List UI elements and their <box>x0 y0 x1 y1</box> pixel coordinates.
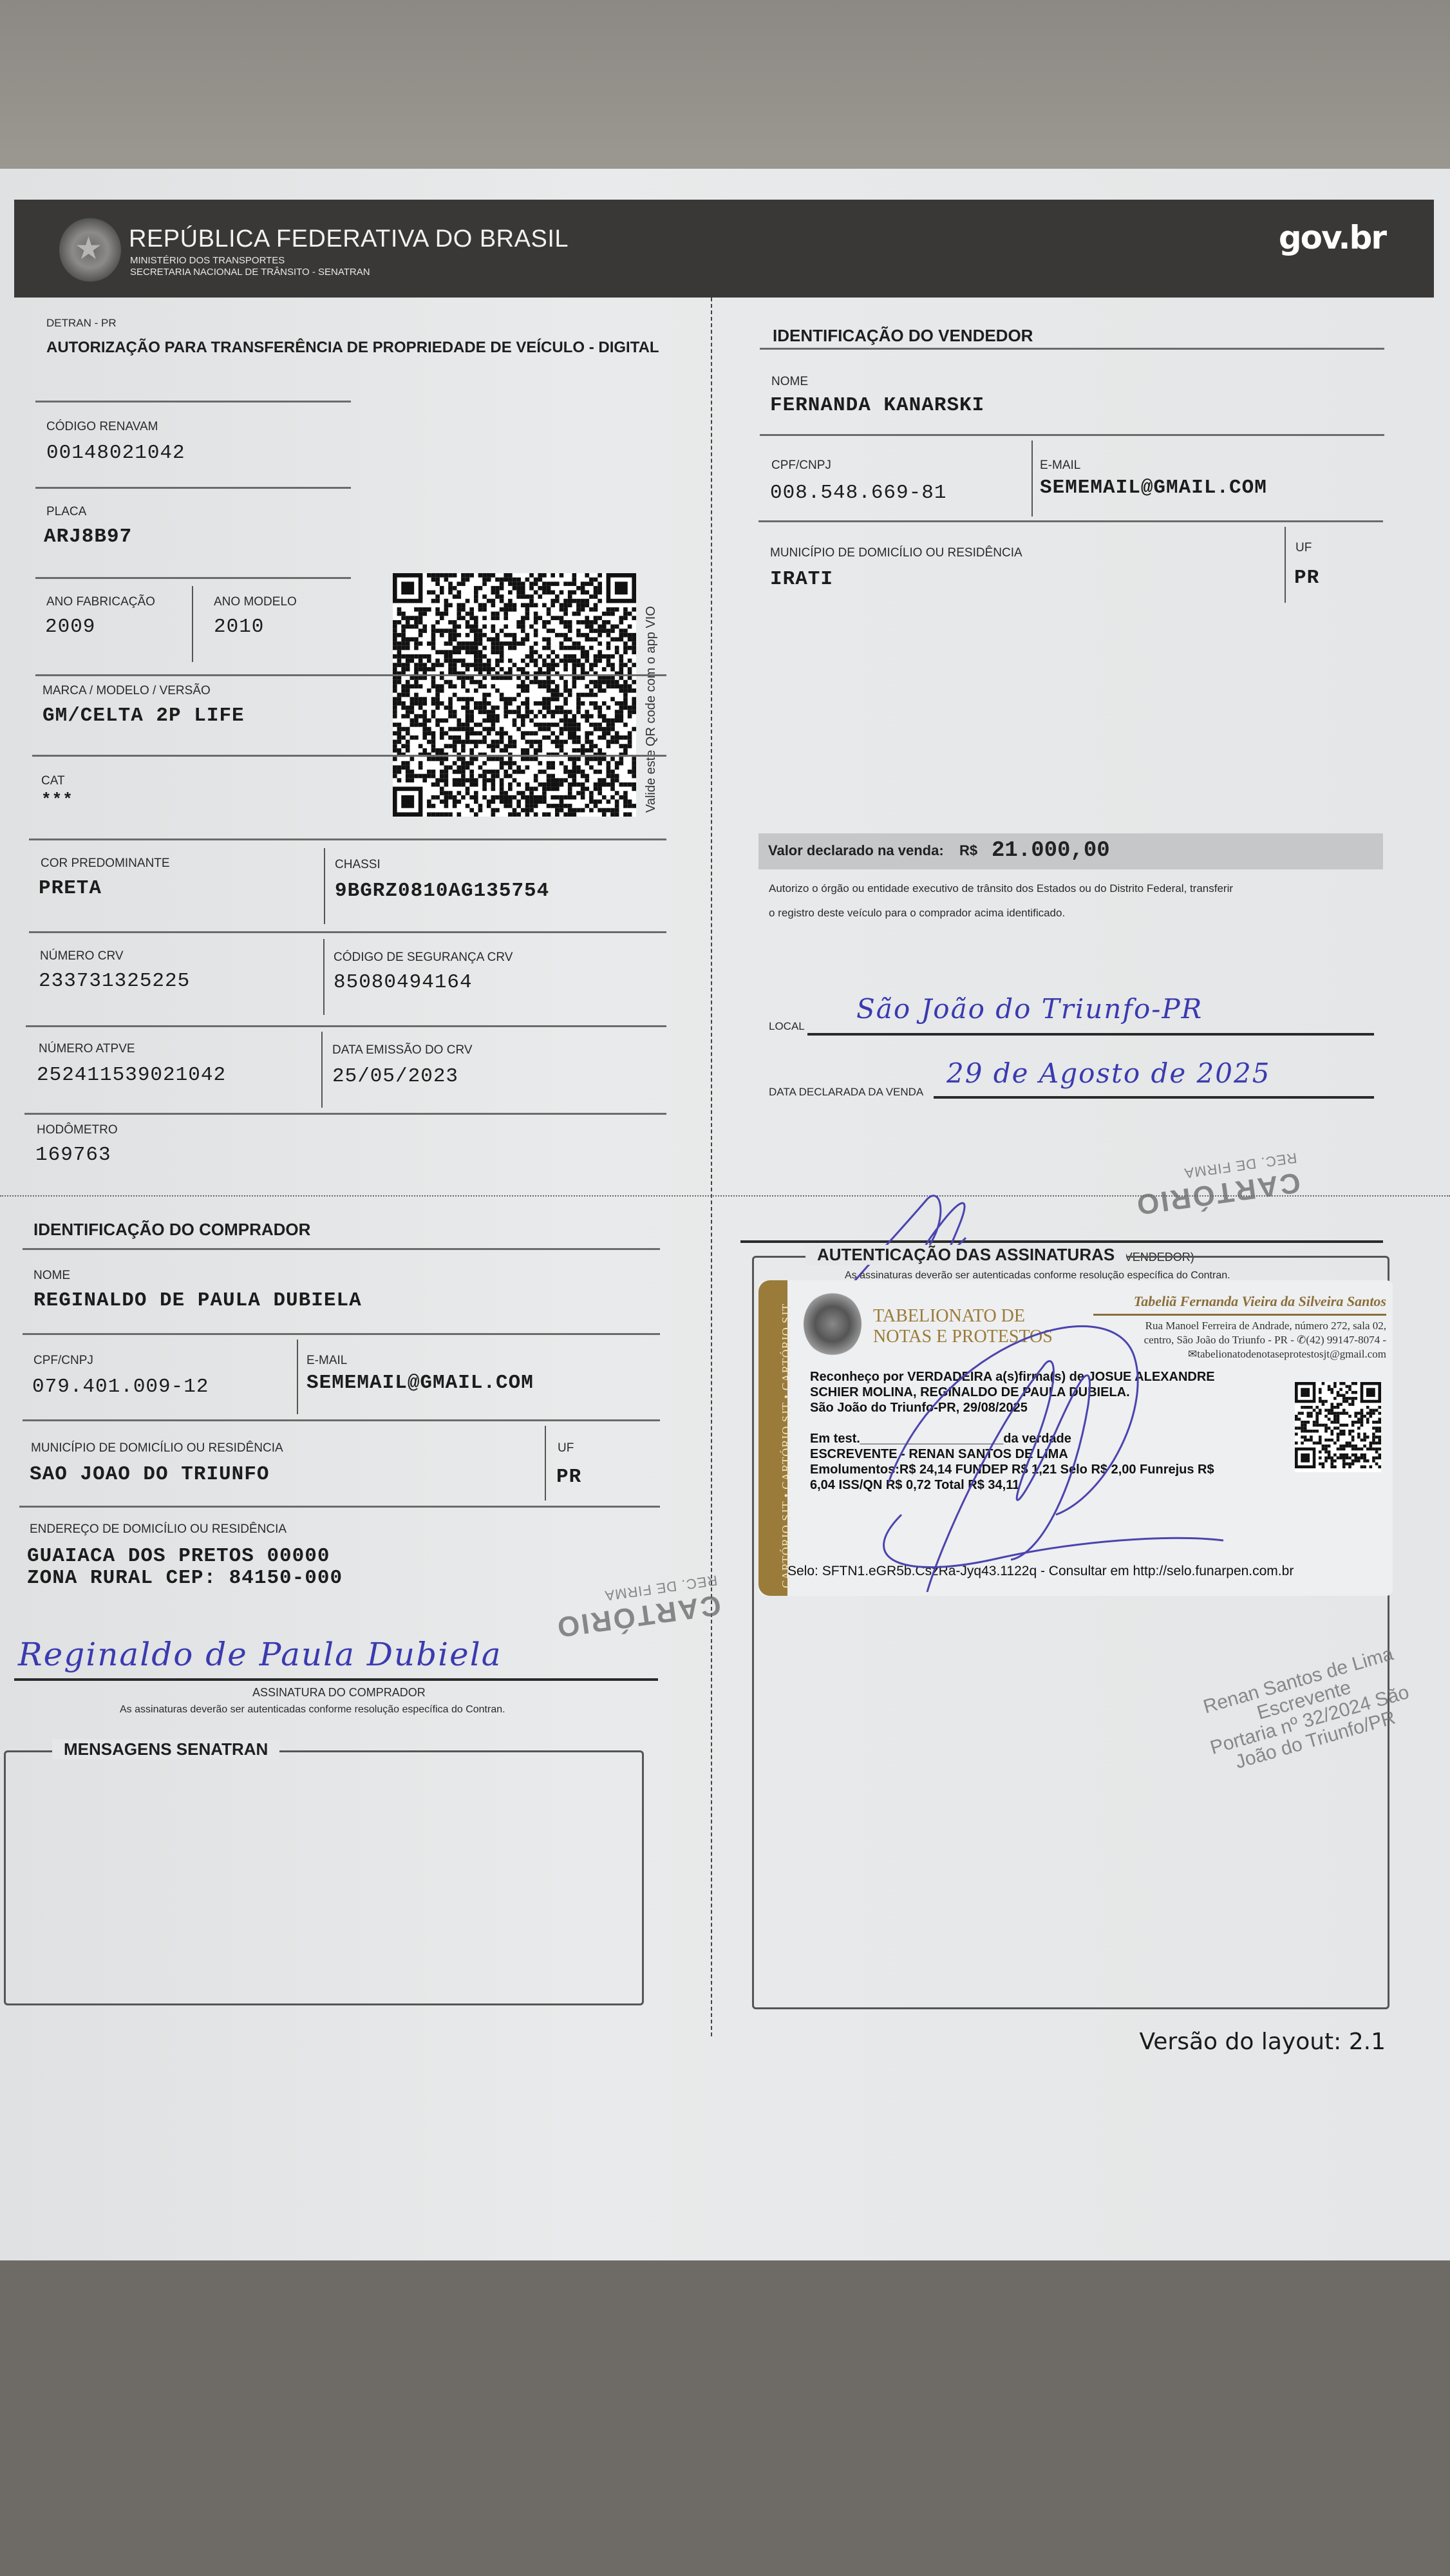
divider <box>760 434 1384 436</box>
issuer-label: DETRAN - PR <box>46 317 117 330</box>
codigo-seguranca-value: 85080494164 <box>334 971 473 994</box>
divider <box>19 1506 660 1508</box>
qr-code <box>393 573 636 817</box>
divider <box>192 586 193 662</box>
header-ministry: MINISTÉRIO DOS TRANSPORTES <box>130 255 285 266</box>
codigo-seguranca-label: CÓDIGO DE SEGURANÇA CRV <box>334 951 513 965</box>
sale-date-line <box>934 1096 1374 1099</box>
buyer-municipio-value: SAO JOAO DO TRIUNFO <box>30 1463 269 1486</box>
renavam-value: 00148021042 <box>46 442 185 464</box>
divider <box>35 401 351 402</box>
buyer-signature-note: As assinaturas deverão ser autenticadas … <box>120 1704 505 1716</box>
marca-modelo-label: MARCA / MODELO / VERSÃO <box>42 684 211 698</box>
buyer-signature-label: ASSINATURA DO COMPRADOR <box>252 1686 426 1700</box>
numero-atpve-value: 252411539021042 <box>37 1064 226 1086</box>
divider <box>321 1032 323 1108</box>
seller-email-label: E-MAIL <box>1040 459 1080 473</box>
divider <box>35 487 351 489</box>
background-surface <box>0 2254 1450 2576</box>
govbr-logo: gov.br <box>1279 219 1386 256</box>
buyer-endereco-line2: ZONA RURAL CEP: 84150-000 <box>27 1567 343 1589</box>
declared-value-label: Valor declarado na venda: <box>768 842 944 859</box>
seller-cpf-label: CPF/CNPJ <box>771 459 831 473</box>
document-title: AUTORIZAÇÃO PARA TRANSFERÊNCIA DE PROPRI… <box>46 339 659 357</box>
seller-section-title: IDENTIFICAÇÃO DO VENDEDOR <box>773 326 1033 346</box>
local-handwritten: São João do Triunfo-PR <box>856 993 1203 1025</box>
authorization-text-1: Autorizo o órgão ou entidade executivo d… <box>769 882 1233 895</box>
buyer-endereco-label: ENDEREÇO DE DOMICÍLIO OU RESIDÊNCIA <box>30 1522 287 1537</box>
buyer-uf-value: PR <box>556 1466 581 1488</box>
coat-of-arms-icon <box>59 218 121 282</box>
buyer-email-value: SEMEMAIL@GMAIL.COM <box>306 1372 534 1394</box>
declared-value-band: Valor declarado na venda: R$ 21.000,00 <box>758 833 1383 869</box>
buyer-uf-label: UF <box>558 1441 574 1455</box>
buyer-nome-value: REGINALDO DE PAULA DUBIELA <box>33 1289 362 1312</box>
data-emissao-label: DATA EMISSÃO DO CRV <box>332 1043 473 1057</box>
seller-municipio-label: MUNICÍPIO DE DOMICÍLIO OU RESIDÊNCIA <box>770 546 1022 560</box>
cartorio-stamp-buyer: CARTÓRIO REC. DE FIRMA <box>551 1571 723 1643</box>
divider <box>758 520 1383 522</box>
numero-crv-label: NÚMERO CRV <box>40 949 124 963</box>
seller-nome-label: NOME <box>771 375 808 389</box>
seller-municipio-value: IRATI <box>770 568 833 591</box>
buyer-signature: Reginaldo de Paula Dubiela <box>18 1636 502 1673</box>
buyer-section-title: IDENTIFICAÇÃO DO COMPRADOR <box>33 1220 310 1240</box>
renavam-label: CÓDIGO RENAVAM <box>46 420 158 434</box>
vertical-cut-line <box>711 298 712 2036</box>
divider <box>297 1340 298 1414</box>
senatran-messages-box: MENSAGENS SENATRAN <box>4 1750 644 2005</box>
notary-band-text: CARTÓRIO SJT • CARTÓRIO SJT • CARTÓRIO S… <box>780 1303 793 1588</box>
authentication-title: AUTENTICAÇÃO DAS ASSINATURAS <box>805 1245 1126 1265</box>
numero-crv-value: 233731325225 <box>39 970 190 992</box>
authorization-text-2: o registro deste veículo para o comprado… <box>769 907 1065 920</box>
seller-uf-label: UF <box>1295 541 1312 555</box>
chassi-label: CHASSI <box>335 858 381 872</box>
cor-label: COR PREDOMINANTE <box>41 857 170 871</box>
buyer-municipio-label: MUNICÍPIO DE DOMICÍLIO OU RESIDÊNCIA <box>31 1441 283 1455</box>
numero-atpve-label: NÚMERO ATPVe <box>39 1042 135 1056</box>
sale-date-label: DATA DECLARADA DA VENDA <box>769 1086 923 1099</box>
divider <box>32 755 666 757</box>
ano-modelo-value: 2010 <box>214 616 264 638</box>
notary-qr-pattern <box>1295 1382 1381 1472</box>
divider <box>323 939 325 1015</box>
divider <box>324 848 325 924</box>
cartorio-stamp-seller: CARTÓRIO REC. DE FIRMA <box>1131 1149 1303 1220</box>
divider <box>26 1025 666 1027</box>
divider <box>760 348 1384 350</box>
divider <box>23 1248 660 1250</box>
cat-value: *** <box>41 790 73 810</box>
placa-label: PLACA <box>46 505 86 519</box>
divider <box>1285 527 1286 603</box>
divider <box>35 577 351 579</box>
buyer-nome-label: NOME <box>33 1269 70 1283</box>
notary-gold-band: CARTÓRIO SJT • CARTÓRIO SJT • CARTÓRIO S… <box>758 1280 787 1596</box>
ano-modelo-label: ANO MODELO <box>214 595 297 609</box>
local-label: LOCAL <box>769 1020 805 1033</box>
divider <box>23 1333 660 1335</box>
hodometro-value: 169763 <box>35 1144 111 1166</box>
seller-email-value: SEMEMAIL@GMAIL.COM <box>1040 477 1267 499</box>
buyer-cpf-value: 079.401.009-12 <box>32 1376 209 1398</box>
hodometro-label: HODÔMETRO <box>37 1123 118 1137</box>
divider <box>29 838 666 840</box>
ano-fabricacao-label: ANO FABRICAÇÃO <box>46 595 155 609</box>
layout-version: Versão do layout: 2.1 <box>1139 2029 1386 2055</box>
divider <box>24 1113 666 1115</box>
buyer-cpf-label: CPF/CNPJ <box>33 1354 93 1368</box>
seller-cpf-value: 008.548.669-81 <box>770 482 946 504</box>
buyer-endereco-line1: GUAIACA DOS PRETOS 00000 <box>27 1546 330 1567</box>
divider <box>23 1419 660 1421</box>
senatran-messages-title: MENSAGENS SENATRAN <box>52 1739 279 1759</box>
divider <box>545 1426 546 1501</box>
header-country: REPÚBLICA FEDERATIVA DO BRASIL <box>129 225 569 253</box>
divider <box>29 931 666 933</box>
notary-coat-of-arms-icon <box>804 1292 862 1356</box>
header-bar: REPÚBLICA FEDERATIVA DO BRASIL MINISTÉRI… <box>14 200 1434 298</box>
chassi-value: 9BGRZ0810AG135754 <box>335 880 549 902</box>
marca-modelo-value: GM/CELTA 2P LIFE <box>42 705 245 727</box>
seller-uf-value: PR <box>1294 567 1319 589</box>
buyer-signature-line <box>14 1678 658 1681</box>
cat-label: CAT <box>41 774 65 788</box>
buyer-email-label: E-MAIL <box>306 1354 347 1368</box>
seller-nome-value: FERNANDA KANARSKI <box>770 394 984 417</box>
notary-signature <box>863 1302 1223 1598</box>
currency-symbol: R$ <box>959 842 977 859</box>
sale-date-handwritten: 29 de Agosto de 2025 <box>946 1057 1270 1089</box>
data-emissao-value: 25/05/2023 <box>332 1065 458 1088</box>
divider <box>35 674 666 676</box>
local-line <box>807 1033 1374 1036</box>
cor-value: PRETA <box>39 877 102 900</box>
header-secretariat: SECRETARIA NACIONAL DE TRÂNSITO - SENATR… <box>130 267 370 278</box>
ano-fabricacao-value: 2009 <box>45 616 95 638</box>
declared-value: 21.000,00 <box>992 838 1110 863</box>
document-page: REPÚBLICA FEDERATIVA DO BRASIL MINISTÉRI… <box>0 169 1450 2260</box>
qr-code-pattern <box>393 573 636 817</box>
qr-caption: Valide este QR code com o app VIO <box>644 606 659 813</box>
notary-qr-code <box>1295 1382 1381 1472</box>
divider <box>1031 440 1033 516</box>
placa-value: ARJ8B97 <box>44 526 132 548</box>
